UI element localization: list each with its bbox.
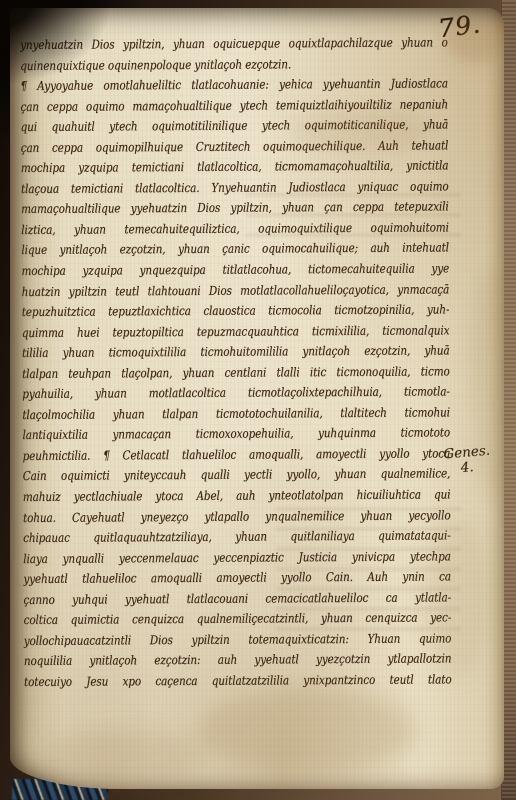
manuscript-line: liztica, yhuan temecahuitequiliztica, oq… [21, 217, 449, 240]
manuscript-line: ynyehuatzin Dios ypiltzin, yhuan oquicue… [20, 32, 448, 55]
manuscript-line: ¶ Ayyoyahue omotlahueliltic tlatlacohuan… [20, 73, 448, 96]
manuscript-line: tlaçolmochilia yhuan tlalpan ticmototoch… [22, 402, 450, 425]
manuscript-line: tohua. Cayehuatl yneyezço ytlapallo ynqu… [23, 505, 451, 528]
book-photo: 79. ynyehuatzin Dios ypiltzin, yhuan oqu… [0, 0, 516, 800]
manuscript-line: totecuiyo Jesu xpo caçenca quitlatzatzil… [24, 669, 452, 692]
manuscript-line: huatzin ypiltzin teutl tlahtouani Dios m… [22, 279, 450, 302]
manuscript-line: mochipa yzquipa ynquezquipa titlatlacohu… [21, 258, 449, 281]
manuscript-page: 79. ynyehuatzin Dios ypiltzin, yhuan oqu… [10, 8, 504, 789]
manuscript-line: çan ceppa oquimo mamaçohualtilique ytech… [20, 94, 448, 117]
manuscript-line: yyehuatl tlahueliloc amoqualli amoyectli… [23, 567, 451, 590]
paper-stain [44, 730, 204, 782]
manuscript-line: tililia yhuan ticmoquixtililia ticmohuit… [22, 341, 450, 364]
manuscript-line: yollochipauacatzintli Dios ypiltzin tote… [24, 628, 452, 651]
manuscript-line: pyahuilia, yhuan motlatlacoltica ticmotl… [22, 382, 450, 405]
manuscript-text: ynyehuatzin Dios ypiltzin, yhuan oquicue… [20, 32, 452, 692]
manuscript-line: tlaçoua temictiani tlatlacoltica. Ynyehu… [21, 176, 449, 199]
manuscript-line: quinenquixtique oquinenpoloque ynitlaçoh… [20, 53, 448, 76]
manuscript-line: liaya ynqualli yeccenmelauac yeccenpiazt… [23, 546, 451, 569]
manuscript-line: mochipa yzquipa temictiani tlatlacoltica… [21, 156, 449, 179]
manuscript-line: lique ynitlaçoh ezçotzin, yhuan çanic oq… [21, 238, 449, 261]
manuscript-line: noquililia ynitlaçoh ezçotzin: auh yyehu… [24, 649, 452, 672]
manuscript-line: peuhmictilia. ¶ Cetlacatl tlahueliloc am… [23, 443, 451, 466]
manuscript-line: coltica quimictia cenquizca qualnemiliçe… [24, 608, 452, 631]
manuscript-line: chipauac quitlaquauhtzatziliaya, yhuan q… [23, 526, 451, 549]
manuscript-line: Cain oquimicti yniteyccauh qualli yectli… [23, 464, 451, 487]
manuscript-line: tepuzhuitztica tepuztlaxichtica clauosti… [22, 299, 450, 322]
manuscript-line: mahuiz yectlachiuale ytoca Abel, auh ynt… [23, 484, 451, 507]
margin-note: Genes. 4. [443, 443, 503, 478]
manuscript-line: çan ceppa oquimopilhuique Cruztitech oqu… [21, 135, 449, 158]
manuscript-line: tlalpan teuhpan tlaçolpan, yhuan centlan… [22, 361, 450, 384]
paper-stain [198, 688, 418, 774]
manuscript-line: mamaçohualtilique yyehuatzin Dios ypiltz… [21, 197, 449, 220]
manuscript-line: lantiquixtilia ynmacaçan ticmoxoxopehuil… [22, 423, 450, 446]
manuscript-line: qui quahuitl ytech oquimotitilinilique y… [21, 115, 449, 138]
manuscript-line: çanno yuhqui yyehuatl tlatlacouani cemac… [23, 587, 451, 610]
manuscript-line: quimma huei tepuztopiltica tepuzmacquauh… [22, 320, 450, 343]
